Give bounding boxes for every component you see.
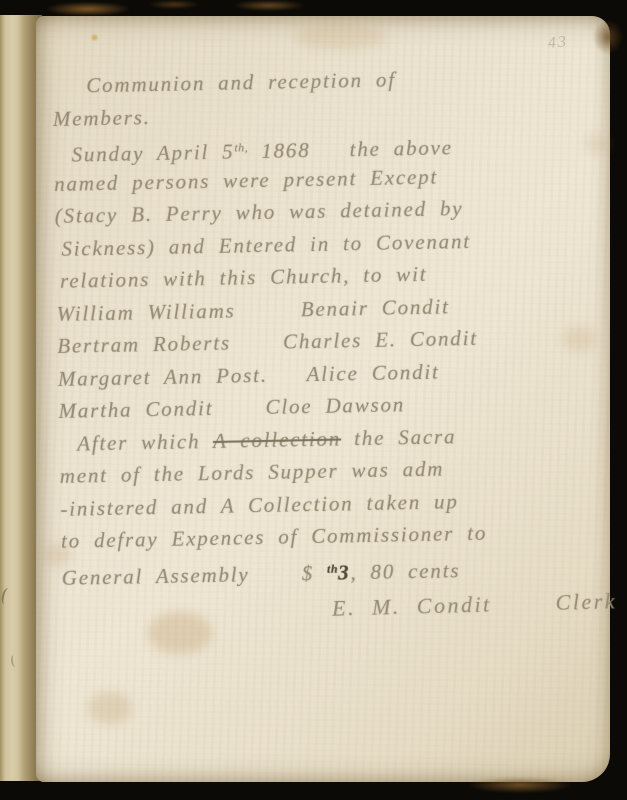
handwriting-segment: named persons were present Except <box>54 164 438 195</box>
handwriting-segment: Sickness) and Entered in to Covenant <box>61 228 471 260</box>
page-number: 43 <box>547 33 568 52</box>
foxing-stain <box>148 612 212 654</box>
manuscript-page: 43 Communion and reception ofMembers.Sun… <box>36 16 610 782</box>
handwriting-segment: ment of the Lords Supper was adm <box>60 457 445 488</box>
clerk-signature: E. M. Condit Clerk <box>332 588 618 621</box>
handwriting-segment: General Assembly $ <box>62 560 328 589</box>
ink-smudge <box>0 587 13 606</box>
foxing-stain <box>88 692 132 724</box>
photo-frame: 43 Communion and reception ofMembers.Sun… <box>0 0 627 800</box>
handwriting-segment: to defray Expences of Commissioner to <box>61 521 488 553</box>
handwriting-segment: -inistered and A Collection taken up <box>60 489 459 521</box>
handwriting-segment: Bertram Roberts Charles E. Condit <box>57 326 478 358</box>
handwriting-segment: William Williams Benair Condit <box>56 294 450 326</box>
ink-smudge <box>10 655 19 668</box>
handwriting-segment: th <box>327 561 338 575</box>
handwriting-segment: (Stacy B. Perry who was detained by <box>55 196 464 228</box>
handwriting-segment: 1868 the above <box>248 135 453 163</box>
strikethrough-text: A collection <box>213 426 342 452</box>
cover-worn-spot <box>46 2 130 16</box>
manuscript-lines: Communion and reception ofMembers.Sunday… <box>52 60 608 590</box>
handwriting-segment: the Sacra <box>341 424 457 450</box>
handwriting-segment: 3 <box>338 560 351 584</box>
handwriting-segment: relations with this Church, to wit <box>60 262 428 293</box>
handwriting-segment: Communion and reception of <box>86 67 396 97</box>
handwriting-segment: th, <box>234 140 248 154</box>
handwriting-segment: Members. <box>53 105 151 131</box>
handwriting-segment: Margaret Ann Post. Alice Condit <box>58 359 440 390</box>
cover-worn-spot <box>232 0 306 11</box>
handwriting-segment: , 80 cents <box>350 558 460 584</box>
handwriting-segment: Martha Condit Cloe Dawson <box>58 392 405 423</box>
handwriting-segment: After which <box>77 428 213 455</box>
cover-worn-spot <box>148 0 200 9</box>
foxing-stain <box>294 24 386 50</box>
handwriting-segment: Sunday April 5 <box>71 140 234 167</box>
